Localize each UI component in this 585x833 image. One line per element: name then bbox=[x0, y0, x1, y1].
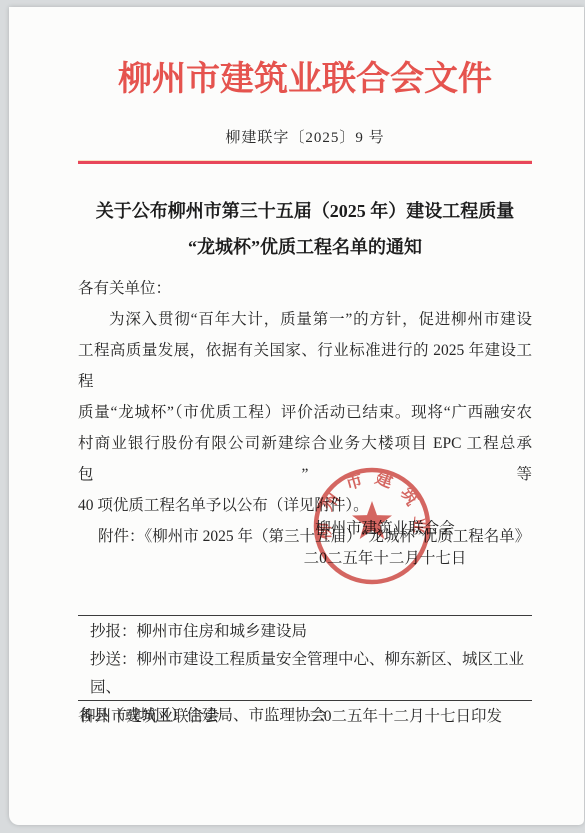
subject-line-2: “龙城杯”优质工程名单的通知 bbox=[78, 229, 532, 265]
distribution-divider-top bbox=[78, 615, 532, 616]
distribution-divider-bottom bbox=[78, 700, 532, 701]
signature-org: 柳州市建筑业联合会 bbox=[292, 514, 478, 544]
print-footer: 柳州市建筑业联合会 二0二五年十二月十七日印发 bbox=[78, 705, 532, 729]
red-letterhead-title: 柳州市建筑业联合会文件 bbox=[78, 57, 532, 103]
paragraph-line: 村商业银行股份有限公司新建综合业务大楼项目 EPC 工程总承包”等 bbox=[78, 428, 532, 490]
red-divider-line bbox=[78, 161, 532, 164]
document-body: 各有关单位： 为深入贯彻“百年大计，质量第一”的方针，促进柳州市建设 工程高质量… bbox=[78, 273, 532, 552]
footer-print-date: 二0二五年十二月十七日印发 bbox=[308, 705, 502, 729]
paragraph-line: 为深入贯彻“百年大计，质量第一”的方针，促进柳州市建设 bbox=[78, 304, 532, 335]
copy-report-line: 抄报：柳州市住房和城乡建设局 bbox=[78, 618, 532, 646]
paragraph-line: 工程高质量发展，依据有关国家、行业标准进行的 2025 年建设工程 bbox=[78, 335, 532, 397]
signature-date: 二0二五年十二月十七日 bbox=[292, 544, 478, 574]
paragraph-line: 质量“龙城杯”（市优质工程）评价活动已结束。现将“广西融安农 bbox=[78, 397, 532, 428]
copy-send-line-1: 抄送：柳州市建设工程质量安全管理中心、柳东新区、城区工业园、 bbox=[78, 646, 532, 702]
document-page: 柳州市建筑业联合会文件 柳建联字〔2025〕9 号 关于公布柳州市第三十五届（2… bbox=[9, 7, 584, 825]
salutation: 各有关单位： bbox=[78, 273, 532, 304]
signature-block: 柳州市建筑业联合会 二0二五年十二月十七日 bbox=[292, 514, 478, 574]
document-subject: 关于公布柳州市第三十五届（2025 年）建设工程质量 “龙城杯”优质工程名单的通… bbox=[78, 193, 532, 265]
footer-issuer: 柳州市建筑业联合会 bbox=[80, 705, 220, 729]
document-number: 柳建联字〔2025〕9 号 bbox=[78, 126, 532, 147]
subject-line-1: 关于公布柳州市第三十五届（2025 年）建设工程质量 bbox=[78, 193, 532, 229]
